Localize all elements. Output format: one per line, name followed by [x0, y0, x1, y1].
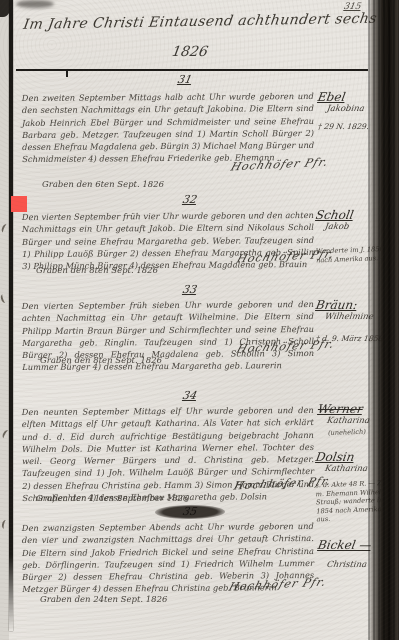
register-page-scan: 315 Im Jahre Christi Eintausend achthund…: [0, 0, 399, 640]
entry-35-place-date: Graben den 24ten Sept. 1826: [40, 595, 167, 605]
entry-number-31: 31: [149, 73, 222, 86]
entry-34-place-date: Graben den 11ten September 1826: [36, 494, 188, 504]
header-rule: [16, 69, 368, 71]
entry-number-34: 34: [154, 389, 227, 402]
left-page-edge: [0, 0, 9, 640]
entry-33-place-date: Graben den 8ten Sept. 1826: [40, 356, 162, 366]
year-heading: 1826: [139, 44, 242, 60]
entry-number-35-blotted: 35: [154, 505, 227, 519]
red-bookmark-marker: [11, 196, 27, 212]
top-edge-smudge: [16, 0, 54, 8]
entry-32-place-date: Graben den 8ten Sept. 1826: [36, 266, 158, 276]
header-rule-tick: [66, 70, 68, 77]
entry-number-32: 32: [154, 193, 227, 206]
entry-31-body: Den zweiten September Mittags halb acht …: [22, 90, 315, 166]
right-page-curvature-shadow: [368, 0, 399, 640]
page-title: Im Jahre Christi Eintausend achthundert …: [22, 11, 356, 33]
entry-number-33: 33: [154, 283, 227, 296]
binding-fold-line: [9, 0, 13, 631]
entry-31-place-date: Graben den 6ten Sept. 1826: [42, 180, 164, 190]
